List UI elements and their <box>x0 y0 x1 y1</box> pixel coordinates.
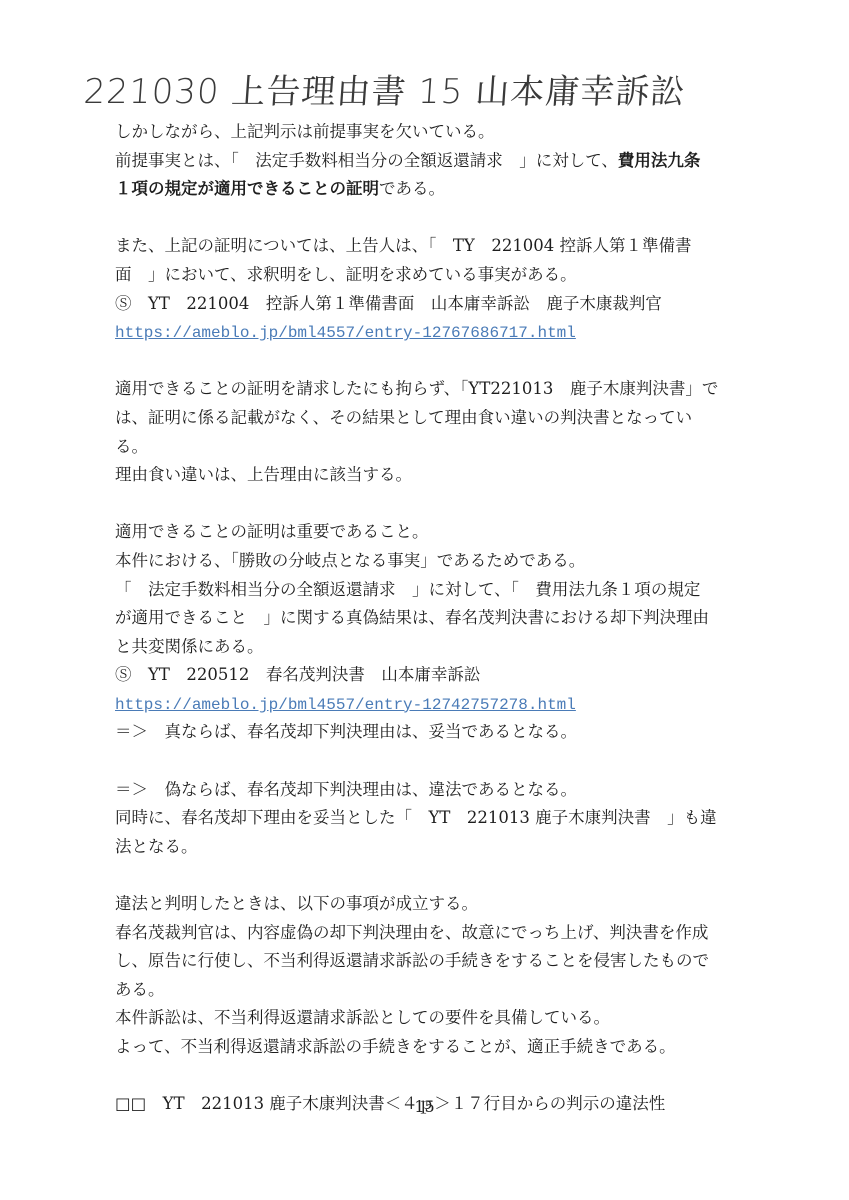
text-line: と共変関係にある。 <box>115 633 795 662</box>
text-line: Ⓢ YT 221004 控訴人第１準備書面 山本庸幸訴訟 鹿子木康裁判官 <box>115 290 795 319</box>
text-span: である。 <box>379 179 445 198</box>
text-line: 本件における、「勝敗の分岐点となる事実」であるためである。 <box>115 547 795 576</box>
text-line: よって、不当利得返還請求訴訟の手続きをすることが、適正手続きである。 <box>115 1033 795 1062</box>
text-line: 前提事実とは、「 法定手数料相当分の全額返還請求 」に対して、費用法九条 <box>115 147 795 176</box>
text-line: 本件訴訟は、不当利得返還請求訴訟としての要件を具備している。 <box>115 1004 795 1033</box>
text-line: しかしながら、上記判示は前提事実を欠いている。 <box>115 118 795 147</box>
text-line: 「 法定手数料相当分の全額返還請求 」に対して、「 費用法九条１項の規定 <box>115 576 795 605</box>
text-line: ＝＞ 偽ならば、春名茂却下判決理由は、違法であるとなる。 <box>115 776 795 805</box>
text-line: https://ameblo.jp/bml4557/entry-12767686… <box>115 318 795 347</box>
text-line: 違法と判明したときは、以下の事項が成立する。 <box>115 890 795 919</box>
text-line: し、原告に行使し、不当利得返還請求訴訟の手続きをすることを侵害したもので <box>115 947 795 976</box>
blank-line <box>115 861 795 890</box>
text-line: 同時に、春名茂却下理由を妥当とした「 YT 221013 鹿子木康判決書 」も違 <box>115 804 795 833</box>
text-line: Ⓢ YT 220512 春名茂判決書 山本庸幸訴訟 <box>115 661 795 690</box>
blank-line <box>115 347 795 376</box>
text-line: ＝＞ 真ならば、春名茂却下判決理由は、妥当であるとなる。 <box>115 718 795 747</box>
bold-text: 費用法九条 <box>618 151 701 170</box>
text-line: 適用できることの証明は重要であること。 <box>115 518 795 547</box>
text-line: は、証明に係る記載がなく、その結果として理由食い違いの判決書となってい <box>115 404 795 433</box>
bold-text: １項の規定が適用できることの証明 <box>115 179 379 198</box>
text-line: が適用できること 」に関する真偽結果は、春名茂判決書における却下判決理由 <box>115 604 795 633</box>
handwritten-title: 221030 上告理由書 15 山本庸幸訴訟 <box>82 64 687 113</box>
text-line: また、上記の証明については、上告人は、「 TY 221004 控訴人第１準備書 <box>115 232 795 261</box>
text-line: https://ameblo.jp/bml4557/entry-12742757… <box>115 690 795 719</box>
text-line: 春名茂裁判官は、内容虚偽の却下判決理由を、故意にでっち上げ、判決書を作成 <box>115 919 795 948</box>
hyperlink-entry-12742757278[interactable]: https://ameblo.jp/bml4557/entry-12742757… <box>115 696 576 714</box>
blank-line <box>115 204 795 233</box>
text-line: ある。 <box>115 976 795 1005</box>
text-line: 法となる。 <box>115 833 795 862</box>
blank-line <box>115 1062 795 1091</box>
text-line: 面 」において、求釈明をし、証明を求めている事実がある。 <box>115 261 795 290</box>
text-line: 適用できることの証明を請求したにも拘らず、「YT221013 鹿子木康判決書」で <box>115 375 795 404</box>
hyperlink-entry-12767686717[interactable]: https://ameblo.jp/bml4557/entry-12767686… <box>115 324 576 342</box>
text-line: 理由食い違いは、上告理由に該当する。 <box>115 461 795 490</box>
page-number: 15 <box>0 1097 849 1116</box>
blank-line <box>115 747 795 776</box>
text-line: １項の規定が適用できることの証明である。 <box>115 175 795 204</box>
document-body: しかしながら、上記判示は前提事実を欠いている。 前提事実とは、「 法定手数料相当… <box>115 118 795 1119</box>
blank-line <box>115 490 795 519</box>
text-line: る。 <box>115 433 795 462</box>
text-span: 前提事実とは、「 法定手数料相当分の全額返還請求 」に対して、 <box>115 151 618 170</box>
